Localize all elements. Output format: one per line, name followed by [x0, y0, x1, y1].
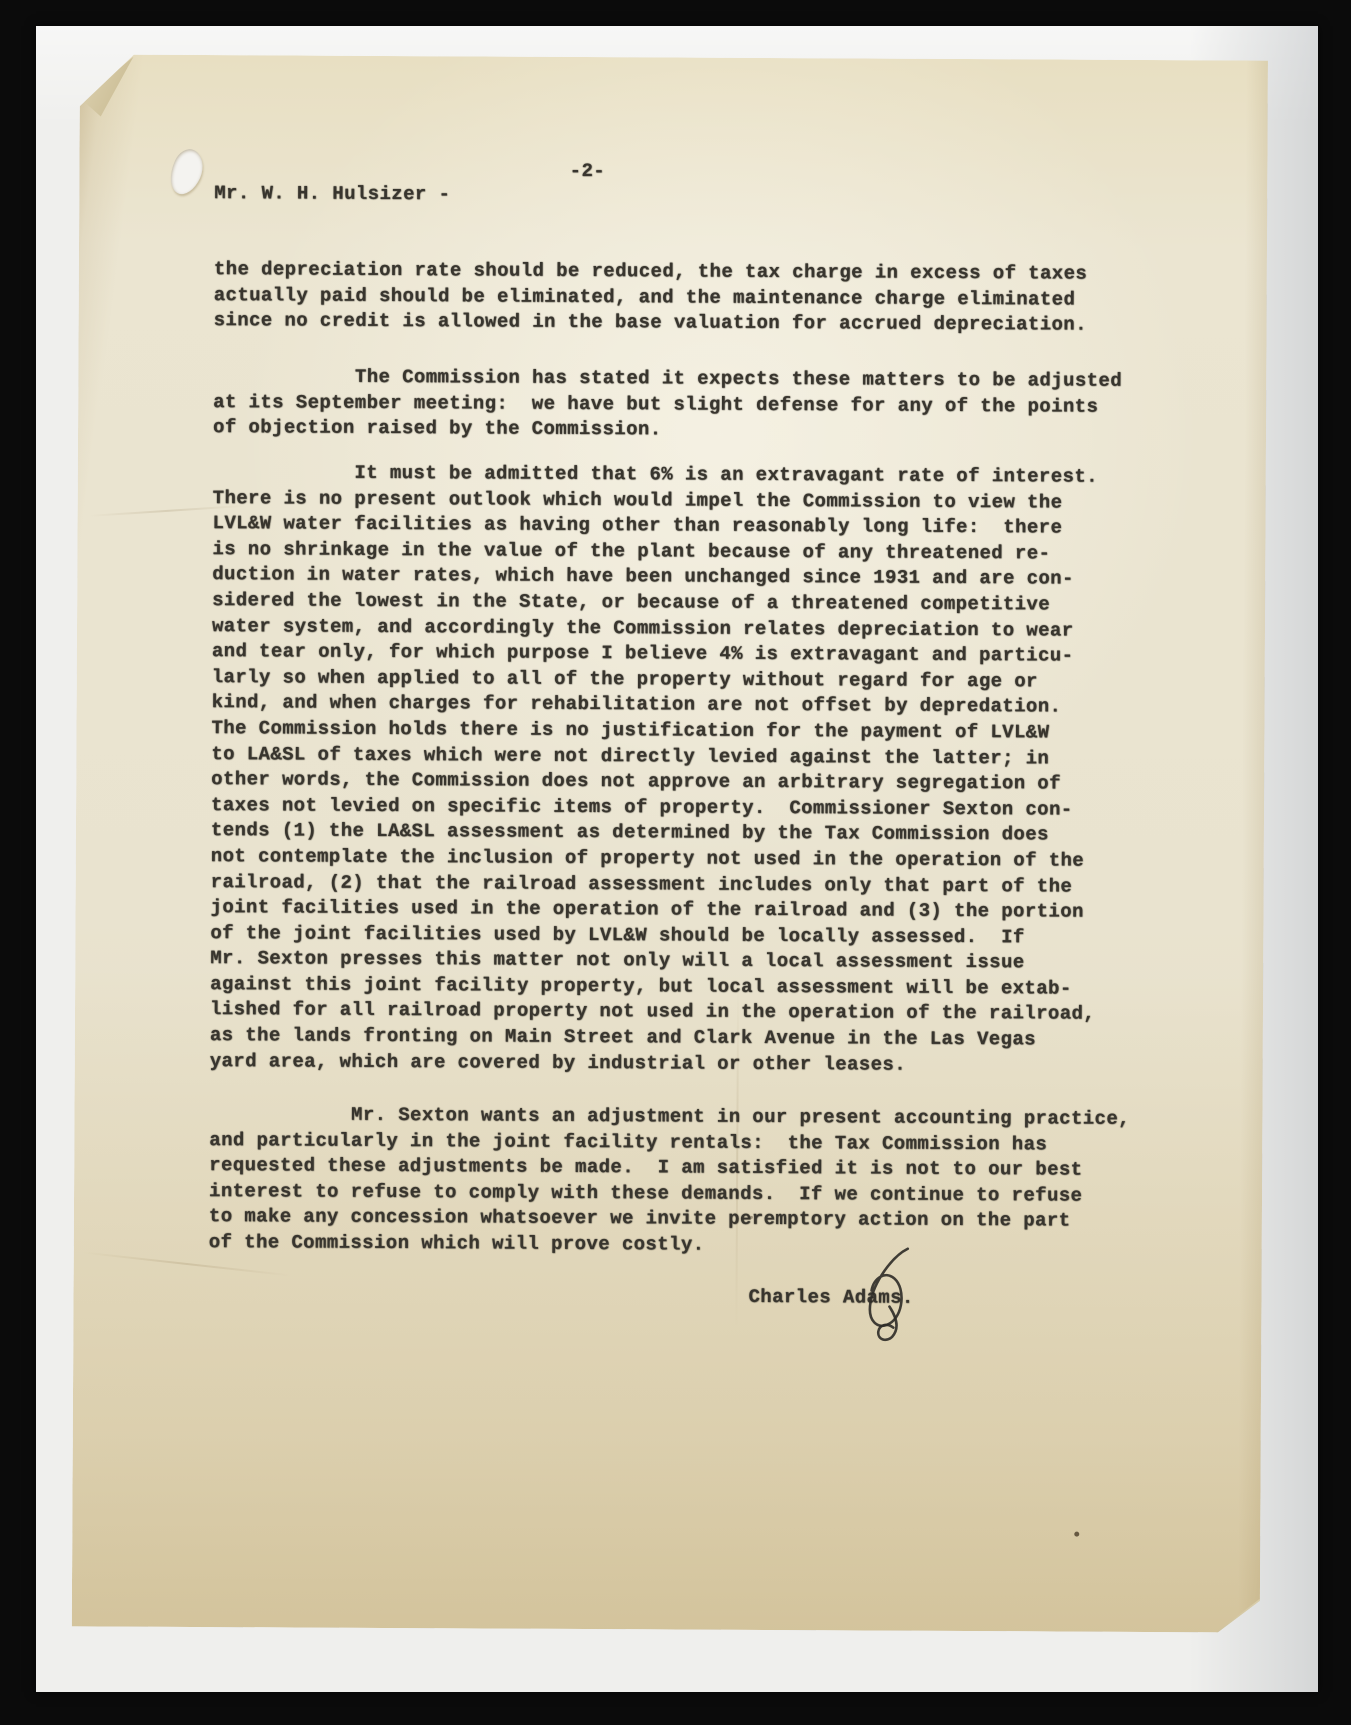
paragraph: It must be admitted that 6% is an extrav…: [210, 460, 1098, 1079]
paragraph: Mr. Sexton wants an adjustment in our pr…: [209, 1102, 1130, 1260]
paper-speck: [1074, 1532, 1079, 1537]
salutation: Mr. W. H. Hulsizer -: [214, 181, 450, 208]
paper-tear: [163, 145, 209, 199]
scan-background: -2- Mr. W. H. Hulsizer - the depreciatio…: [0, 0, 1351, 1725]
page-number: -2-: [547, 159, 627, 185]
paragraph: the depreciation rate should be reduced,…: [214, 257, 1088, 338]
signature-flourish: [849, 1244, 920, 1340]
paragraph: The Commission has stated it expects the…: [213, 364, 1122, 446]
document-page: -2- Mr. W. H. Hulsizer - the depreciatio…: [72, 54, 1268, 1632]
